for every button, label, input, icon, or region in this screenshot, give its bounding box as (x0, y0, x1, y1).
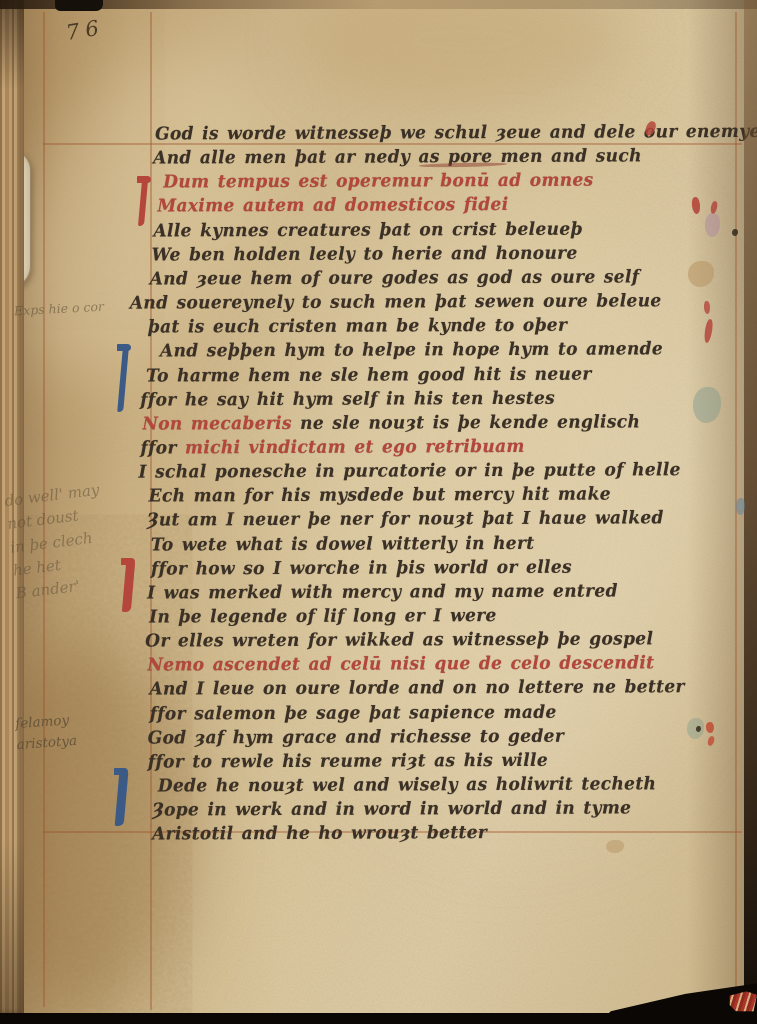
margin-note: do well' maynot doustin þe clech he hetB… (3, 479, 112, 606)
ink-mark (606, 840, 624, 853)
manuscript-line: ffor salemon þe sage þat sapience made (150, 700, 557, 727)
manuscript-line: ffor he say hit hym self in his ten hest… (140, 386, 555, 413)
manuscript-line: Maxime autem ad domesticos fidei (157, 193, 508, 219)
manuscript-line: Non mecaberis ne sle nouȝt is þe kende e… (142, 410, 640, 437)
margin-note: ſelamoyaristotya (15, 710, 78, 756)
ink-text: ffor how so I worche in þis world or ell… (151, 557, 572, 580)
ink-text: Dede he nouȝt wel and wisely as holiwrit… (158, 774, 656, 797)
manuscript-line: We ben holden leely to herie and honoure (152, 241, 578, 268)
top-page-edge (0, 0, 757, 9)
manuscript-line: Alle kynnes creatures þat on crist beleu… (153, 217, 582, 244)
manuscript-line: And I leue on oure lorde and on no lette… (149, 675, 684, 702)
ink-text: ffor he say hit hym self in his ten hest… (140, 388, 555, 411)
ink-text: Ȝut am I neuer þe ner for nouȝt þat I ha… (147, 508, 664, 531)
ink-text: ne sle nouȝt is þe kende englisch (300, 412, 640, 434)
ink-text: I was merked with mercy and my name entr… (147, 581, 618, 604)
manuscript-line: Ȝope in werk and in word in world and in… (152, 796, 631, 823)
right-page-edge (744, 0, 757, 1013)
rubric-text: Dum tempus est operemur bonū ad omnes (163, 170, 593, 193)
ink-text: ffor to rewle his reume riȝt as his will… (148, 750, 548, 773)
rubric-text: michi vindictam et ego retribuam (185, 436, 525, 458)
manuscript-line: ffor how so I worche in þis world or ell… (151, 555, 572, 582)
ink-text: Alle kynnes creatures þat on crist beleu… (153, 219, 582, 242)
manuscript-line: Ȝut am I neuer þe ner for nouȝt þat I ha… (147, 506, 664, 533)
manuscript-line: I was merked with mercy and my name entr… (147, 579, 618, 606)
ink-text: To wete what is dowel witterly in hert (151, 533, 535, 555)
manuscript-line: God ȝaf hym grace and richesse to geder (148, 724, 565, 751)
manuscript-line: I schal ponesche in purcatorie or in þe … (138, 458, 680, 485)
manuscript-line: To wete what is dowel witterly in hert (151, 531, 535, 558)
rubric-text: Nemo ascendet ad celū nisi que de celo d… (147, 653, 654, 676)
manuscript-line: And alle men þat ar nedy as pore men and… (153, 144, 642, 171)
margin-note-line: aristotya (16, 731, 78, 756)
manuscript-line: Aristotil and he ho wrouȝt better (152, 821, 487, 847)
manuscript-line: In þe legende of lif long er I were (149, 603, 497, 629)
manuscript-line: ffor michi vindictam et ego retribuam (140, 434, 524, 461)
manuscript-line: To harme hem ne sle hem good hit is neue… (146, 361, 592, 388)
top-center-tan (300, 0, 630, 110)
ink-text: ffor (140, 438, 185, 459)
manuscript-line: Ech man for his mysdede but mercy hit ma… (149, 482, 611, 509)
manuscript-line: Dum tempus est operemur bonū ad omnes (163, 168, 593, 195)
ink-text: And seþþen hym to helpe in hope hym to a… (160, 339, 663, 362)
manuscript-line: Or elles wreten for wikked as witnesseþ … (145, 627, 653, 654)
manuscript-line: And ȝeue hem of oure godes as god as our… (150, 265, 640, 292)
ink-text: And I leue on oure lorde and on no lette… (149, 677, 684, 700)
top-edge-dark-nub (55, 0, 103, 11)
ink-text: Ech man for his mysdede but mercy hit ma… (149, 484, 611, 507)
ink-text: God is worde witnesseþ we schul ȝeue and… (155, 121, 757, 144)
ink-text: ffor salemon þe sage þat sapience made (150, 702, 557, 725)
ink-text: þat is euch cristen man be kynde to oþer (148, 315, 567, 338)
ink-text: And souereynely to such men þat sewen ou… (130, 291, 662, 314)
ink-text: Or elles wreten for wikked as witnesseþ … (145, 629, 653, 652)
manuscript-line: And souereynely to such men þat sewen ou… (130, 289, 662, 316)
manuscript-line: God is worde witnesseþ we schul ȝeue and… (155, 119, 757, 147)
manuscript-line: Dede he nouȝt wel and wisely as holiwrit… (158, 772, 656, 799)
ink-text: And alle men þat ar nedy as pore men and… (153, 146, 642, 169)
manuscript-line: And seþþen hym to helpe in hope hym to a… (160, 337, 663, 364)
ink-text: To harme hem ne sle hem good hit is neue… (146, 363, 592, 386)
ink-text: Aristotil and he ho wrouȝt better (152, 823, 487, 845)
manuscript-photo: 76 God is worde witnesseþ we schul ȝeue … (0, 0, 757, 1024)
manuscript-page: 76 God is worde witnesseþ we schul ȝeue … (0, 0, 757, 1013)
ink-text: God ȝaf hym grace and richesse to geder (148, 726, 565, 749)
manuscript-line: ffor to rewle his reume riȝt as his will… (148, 748, 548, 775)
manuscript-line: þat is euch cristen man be kynde to oþer (148, 313, 567, 340)
ink-text: And ȝeue hem of oure godes as god as our… (150, 267, 640, 290)
rubric-text: Non mecaberis (142, 413, 300, 434)
ink-text: I schal ponesche in purcatorie or in þe … (138, 460, 680, 483)
rubric-text: Maxime autem ad domesticos fidei (157, 195, 508, 217)
ink-text: In þe legende of lif long er I were (149, 605, 497, 627)
ink-text: We ben holden leely to herie and honoure (152, 243, 578, 266)
ink-text: Ȝope in werk and in word in world and in… (152, 798, 631, 821)
